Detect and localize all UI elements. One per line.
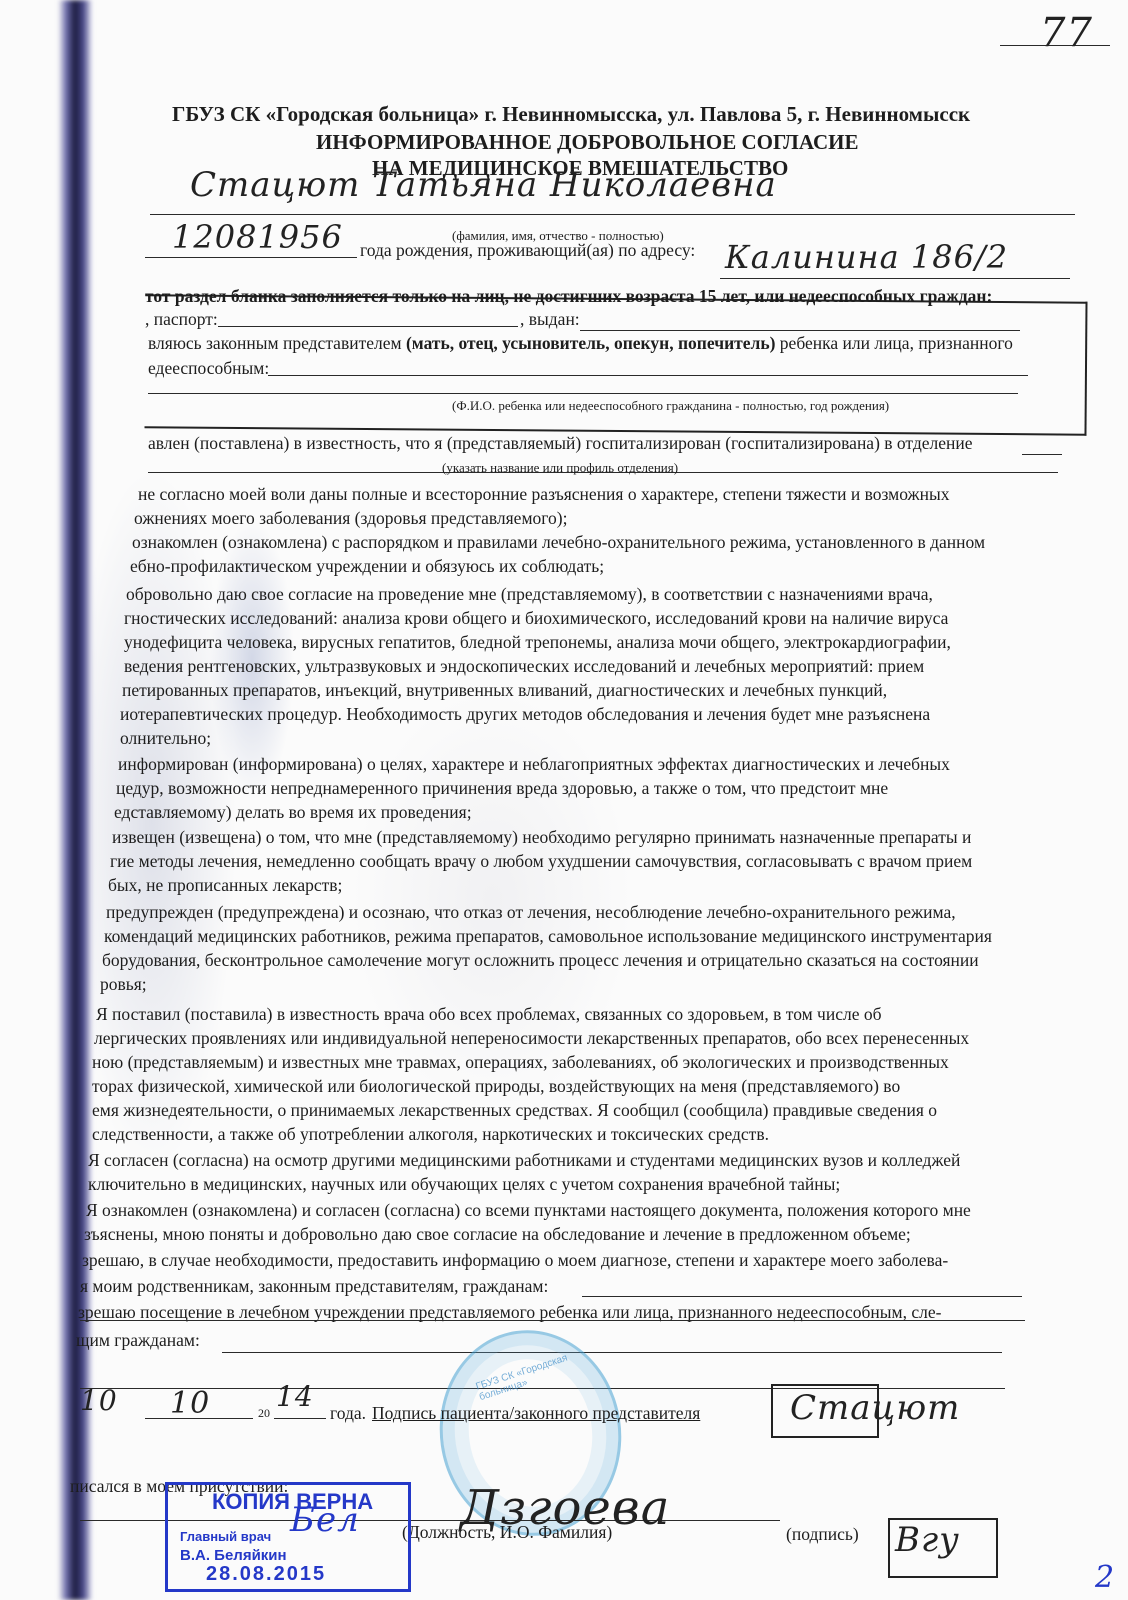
corner-mark: 2 bbox=[1095, 1560, 1115, 1595]
body-line: предупрежден (предупреждена) и осознаю, … bbox=[106, 902, 956, 922]
department-field bbox=[1022, 454, 1062, 455]
birth-date-handwritten: 12081956 bbox=[172, 218, 343, 256]
address-handwritten: Калинина 186/2 bbox=[725, 238, 1008, 276]
relatives-field bbox=[582, 1296, 1022, 1297]
body-line: едставляемому) делать во время их провед… bbox=[114, 802, 472, 822]
patient-signature: Стацют bbox=[790, 1388, 960, 1428]
body-line: емя жизнедеятельности, о принимаемых лек… bbox=[92, 1100, 937, 1120]
copy-stamp-name: В.А. Беляйкин bbox=[180, 1547, 287, 1564]
guardian-section-heading: тот раздел бланка заполняется только на … bbox=[145, 286, 992, 306]
body-line: комендаций медицинских работников, режим… bbox=[104, 926, 992, 946]
document-title-line1: ИНФОРМИРОВАННОЕ ДОБРОВОЛЬНОЕ СОГЛАСИЕ bbox=[316, 132, 858, 152]
body-line: ведения рентгеновских, ультразвуковых и … bbox=[124, 656, 924, 676]
body-line: гностических исследований: анализа крови… bbox=[124, 608, 948, 628]
body-line: борудования, бесконтрольное самолечение … bbox=[102, 950, 979, 970]
body-line: информирован (информирована) о целях, ха… bbox=[118, 754, 950, 774]
relatives-field-2 bbox=[80, 1320, 1025, 1321]
copy-certified-stamp: КОПИЯ ВЕРНА Главный врач В.А. Беляйкин 2… bbox=[165, 1482, 411, 1592]
scan-edge-shadow bbox=[58, 0, 92, 1600]
date-month-line bbox=[145, 1418, 253, 1419]
body-line: Я согласен (согласна) на осмотр другими … bbox=[88, 1150, 960, 1170]
body-line: иотерапевтических процедур. Необходимост… bbox=[120, 704, 930, 724]
date-day-handwritten: 10 bbox=[80, 1384, 118, 1417]
address-line bbox=[720, 278, 1070, 279]
body-line: цедур, возможности непреднамеренного при… bbox=[116, 778, 888, 798]
body-line: следственности, а также об употреблении … bbox=[92, 1124, 769, 1144]
body-line: бых, не прописанных лекарств; bbox=[108, 875, 342, 895]
birth-date-line bbox=[145, 257, 357, 258]
doctor-signature: Дзгоева bbox=[460, 1480, 670, 1536]
body-line: унодефицита человека, вирусных гепатитов… bbox=[124, 632, 951, 652]
head-doctor-signature: Бел bbox=[290, 1500, 360, 1540]
body-line: я моим родственникам, законным представи… bbox=[80, 1276, 548, 1296]
body-line: ознакомлен (ознакомлена) с распорядком и… bbox=[132, 532, 985, 552]
institution-name: ГБУЗ СК «Городская больница» г. Невинном… bbox=[172, 104, 970, 124]
body-line: торах физической, химической или биологи… bbox=[92, 1076, 900, 1096]
body-line: ожнениях моего заболевания (здоровья пре… bbox=[134, 508, 567, 528]
patient-name-handwritten: Стацют Татьяна Николаевна bbox=[190, 165, 777, 205]
body-line: зрешаю, в случае необходимости, предоста… bbox=[82, 1250, 948, 1270]
body-line: ною (представляемым) и известных мне тра… bbox=[92, 1052, 949, 1072]
date-month-handwritten: 10 bbox=[170, 1386, 210, 1421]
body-line: ключительно в медицинских, научных или о… bbox=[88, 1174, 840, 1194]
birth-address-label: года рождения, проживающий(ая) по адресу… bbox=[360, 240, 695, 260]
body-line: зрешаю посещение в лечебном учреждении п… bbox=[78, 1302, 941, 1322]
visitors-field bbox=[222, 1352, 1002, 1353]
patient-signature-label: Подпись пациента/законного представителя bbox=[372, 1403, 700, 1423]
representative-line: вляюсь законным представителем (мать, от… bbox=[148, 333, 1013, 353]
body-line: Я поставил (поставила) в известность вра… bbox=[96, 1004, 882, 1024]
department-caption: (указать название или профиль отделения) bbox=[442, 458, 678, 478]
year-handwritten: 14 bbox=[276, 1380, 314, 1413]
body-line: Я ознакомлен (ознакомлена) и согласен (с… bbox=[86, 1200, 971, 1220]
year-line bbox=[274, 1418, 326, 1419]
copy-stamp-role: Главный врач bbox=[180, 1529, 271, 1544]
incapable-label: едееспособным: bbox=[148, 358, 269, 378]
copy-stamp-date: 28.08.2015 bbox=[206, 1563, 326, 1586]
body-line: обровольно даю свое согласие на проведен… bbox=[126, 584, 933, 604]
body-line: олнительно; bbox=[120, 728, 211, 748]
incapable-field-2 bbox=[148, 393, 1018, 394]
body-line: не согласно моей воли даны полные и всес… bbox=[138, 484, 950, 504]
page-number: 77 bbox=[1040, 10, 1093, 56]
body-line: зъяснены, мною поняты и добровольно даю … bbox=[84, 1224, 911, 1244]
issued-field bbox=[580, 330, 1020, 331]
body-line: гие методы лечения, немедленно сообщать … bbox=[110, 851, 972, 871]
doctor-signature-initials: Вгу bbox=[895, 1520, 960, 1560]
passport-field bbox=[218, 326, 518, 327]
body-line: петированных препаратов, инъекций, внутр… bbox=[122, 680, 887, 700]
body-line: ровья; bbox=[100, 974, 147, 994]
body-line: щим гражданам: bbox=[76, 1330, 200, 1350]
year-prefix: 20 bbox=[258, 1403, 270, 1423]
body-line: лергических проявлениях или индивидуальн… bbox=[94, 1028, 969, 1048]
issued-label: , выдан: bbox=[520, 309, 580, 329]
body-line: авлен (поставлена) в известность, что я … bbox=[148, 433, 973, 453]
year-label: года. bbox=[330, 1403, 366, 1423]
body-line: извещен (извещена) о том, что мне (предс… bbox=[112, 827, 971, 847]
name-line bbox=[150, 214, 1075, 215]
signature-caption: (подпись) bbox=[786, 1524, 859, 1544]
body-line: ебно-профилактическом учреждении и обязу… bbox=[130, 556, 604, 576]
incapable-field bbox=[268, 375, 1028, 376]
passport-label: , паспорт: bbox=[145, 309, 218, 329]
fio-caption: (Ф.И.О. ребенка или недееспособного граж… bbox=[452, 396, 889, 416]
